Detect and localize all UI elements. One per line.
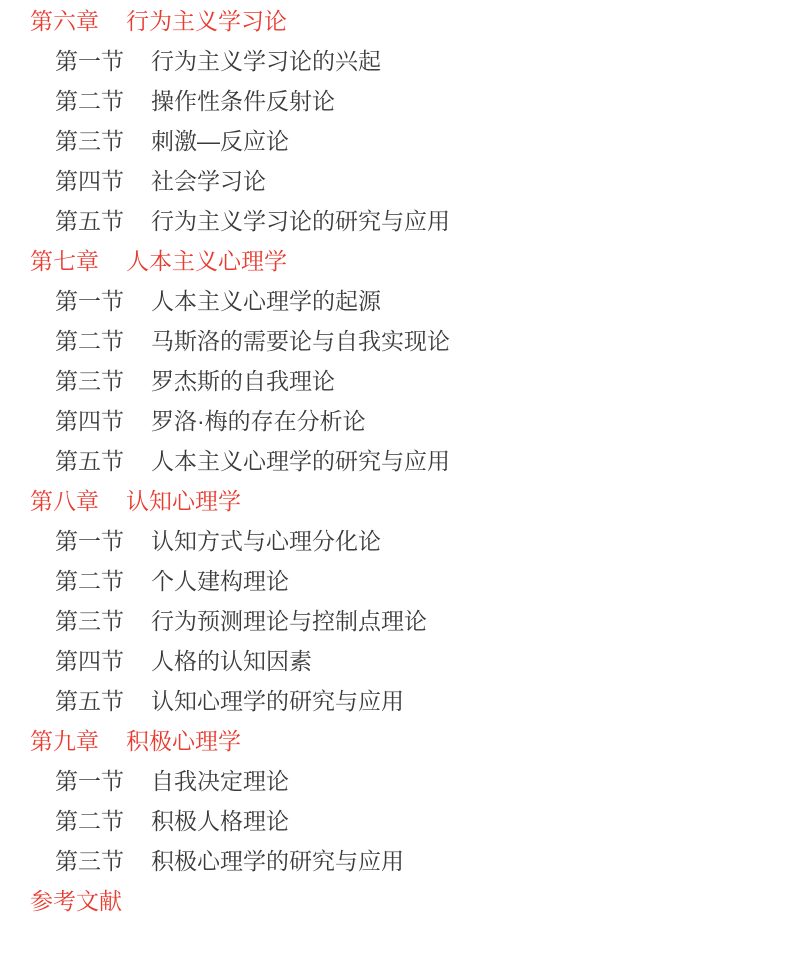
toc-entry-title: 罗杰斯的自我理论 xyxy=(151,361,335,401)
toc-entry-number: 第三节 xyxy=(55,841,124,881)
toc-entry-number: 第二节 xyxy=(55,321,124,361)
toc-entry-title: 行为主义学习论的兴起 xyxy=(151,41,381,81)
toc-entry-number: 第四节 xyxy=(55,401,124,441)
toc-entry-title: 认知心理学的研究与应用 xyxy=(151,681,404,721)
toc-entry-section: 第一节 自我决定理论 xyxy=(30,761,790,801)
toc-entry-section: 第一节 行为主义学习论的兴起 xyxy=(30,41,790,81)
toc-entry-number: 第五节 xyxy=(55,441,124,481)
toc-entry-title: 积极心理学 xyxy=(126,721,241,761)
toc-entry-section: 第三节 罗杰斯的自我理论 xyxy=(30,361,790,401)
toc-entry-number: 第三节 xyxy=(55,361,124,401)
toc-entry-section: 第三节 刺激—反应论 xyxy=(30,121,790,161)
toc-entry-title: 社会学习论 xyxy=(151,161,266,201)
toc-entry-title: 人格的认知因素 xyxy=(151,641,312,681)
toc-entry-section: 第五节 认知心理学的研究与应用 xyxy=(30,681,790,721)
toc-entry-section: 第三节 积极心理学的研究与应用 xyxy=(30,841,790,881)
toc-entry-number: 第五节 xyxy=(55,681,124,721)
toc-entry-number: 第三节 xyxy=(55,601,124,641)
toc-entry-chapter: 第九章 积极心理学 xyxy=(30,721,790,761)
toc-entry-section: 第一节 认知方式与心理分化论 xyxy=(30,521,790,561)
toc-entry-number: 第六章 xyxy=(30,1,99,41)
toc-entry-section: 第一节 人本主义心理学的起源 xyxy=(30,281,790,321)
toc-entry-chapter: 第七章 人本主义心理学 xyxy=(30,241,790,281)
toc-entry-section: 第三节 行为预测理论与控制点理论 xyxy=(30,601,790,641)
toc-entry-section: 第四节 罗洛·梅的存在分析论 xyxy=(30,401,790,441)
toc-entry-number: 第一节 xyxy=(55,281,124,321)
toc-entry-section: 第二节 马斯洛的需要论与自我实现论 xyxy=(30,321,790,361)
toc-entry-number: 第四节 xyxy=(55,641,124,681)
toc-entry-title: 个人建构理论 xyxy=(151,561,289,601)
toc-entry-title: 行为预测理论与控制点理论 xyxy=(151,601,427,641)
toc-entry-title: 操作性条件反射论 xyxy=(151,81,335,121)
toc-entry-number: 参考文献 xyxy=(30,881,122,921)
toc-entry-title: 人本主义心理学的起源 xyxy=(151,281,381,321)
toc-entry-title: 人本主义心理学 xyxy=(126,241,287,281)
toc-entry-number: 第五节 xyxy=(55,201,124,241)
toc-entry-section: 第二节 个人建构理论 xyxy=(30,561,790,601)
toc-entry-number: 第一节 xyxy=(55,521,124,561)
toc-entry-section: 第五节 行为主义学习论的研究与应用 xyxy=(30,201,790,241)
toc-entry-title: 行为主义学习论的研究与应用 xyxy=(151,201,450,241)
toc-entry-title: 自我决定理论 xyxy=(151,761,289,801)
toc-entry-title: 人本主义心理学的研究与应用 xyxy=(151,441,450,481)
toc-entry-number: 第七章 xyxy=(30,241,99,281)
toc-entry-section: 第二节 操作性条件反射论 xyxy=(30,81,790,121)
toc-entry-number: 第八章 xyxy=(30,481,99,521)
toc-entry-title: 认知方式与心理分化论 xyxy=(151,521,381,561)
toc-entry-title: 马斯洛的需要论与自我实现论 xyxy=(151,321,450,361)
toc-entry-section: 第四节 人格的认知因素 xyxy=(30,641,790,681)
toc-entry-number: 第四节 xyxy=(55,161,124,201)
toc-entry-number: 第二节 xyxy=(55,81,124,121)
table-of-contents: 第六章 行为主义学习论 第一节 行为主义学习论的兴起 第二节 操作性条件反射论 … xyxy=(0,0,790,921)
toc-entry-number: 第二节 xyxy=(55,561,124,601)
toc-entry-title: 罗洛·梅的存在分析论 xyxy=(151,401,366,441)
toc-entry-title: 认知心理学 xyxy=(126,481,241,521)
toc-entry-section: 第二节 积极人格理论 xyxy=(30,801,790,841)
toc-entry-number: 第二节 xyxy=(55,801,124,841)
toc-entry-title: 行为主义学习论 xyxy=(126,1,287,41)
toc-entry-chapter: 第六章 行为主义学习论 xyxy=(30,1,790,41)
toc-entry-title: 刺激—反应论 xyxy=(151,121,289,161)
toc-entry-section: 第四节 社会学习论 xyxy=(30,161,790,201)
toc-entry-chapter: 第八章 认知心理学 xyxy=(30,481,790,521)
toc-entry-chapter: 参考文献 xyxy=(30,881,790,921)
toc-entry-title: 积极人格理论 xyxy=(151,801,289,841)
toc-entry-section: 第五节 人本主义心理学的研究与应用 xyxy=(30,441,790,481)
toc-entry-number: 第一节 xyxy=(55,41,124,81)
toc-entry-number: 第九章 xyxy=(30,721,99,761)
toc-entry-number: 第三节 xyxy=(55,121,124,161)
toc-entry-number: 第一节 xyxy=(55,761,124,801)
toc-entry-title: 积极心理学的研究与应用 xyxy=(151,841,404,881)
